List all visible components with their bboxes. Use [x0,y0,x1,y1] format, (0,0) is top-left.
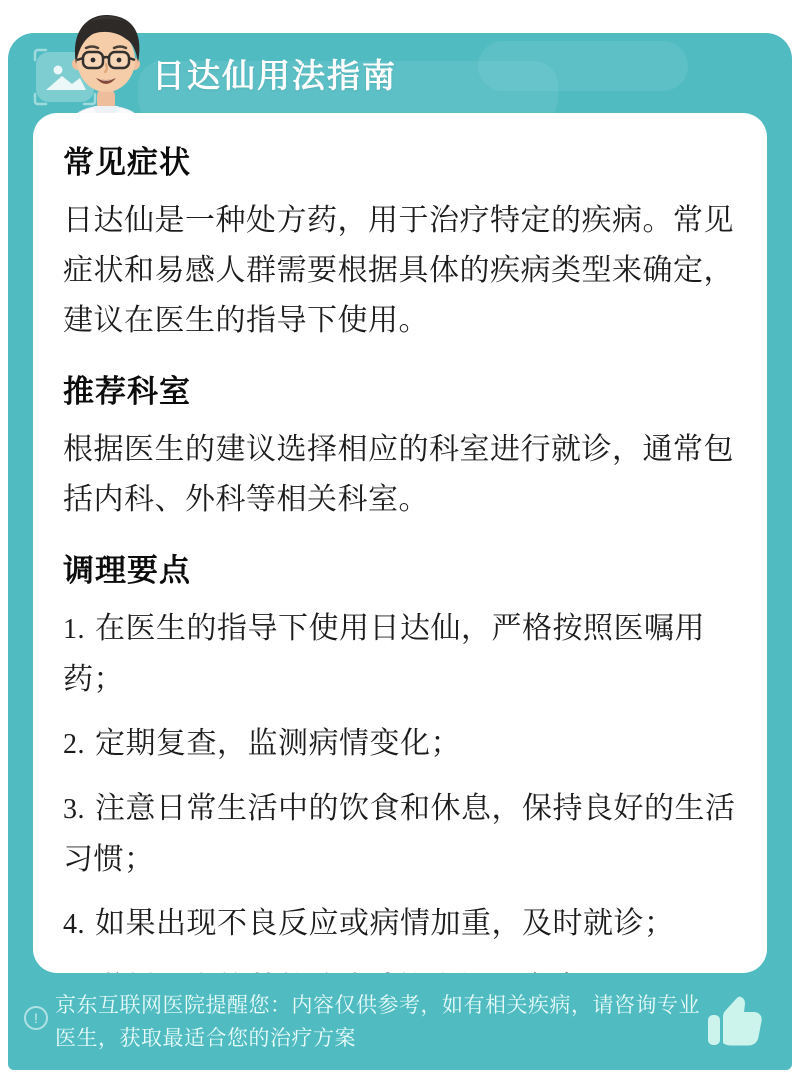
section-heading-recommended-department: 推荐科室 [63,366,737,411]
disclaimer-text: 京东互联网医院提醒您：内容仅供参考，如有相关疾病，请咨询专业医生，获取最适合您的… [55,989,713,1055]
care-point-item: 1.在医生的指导下使用日达仙，严格按照医嘱用药； [63,604,737,705]
header-decoration [478,41,688,91]
content-card: 常见症状 日达仙是一种处方药，用于治疗特定的疾病。常见症状和易感人群需要根据具体… [33,113,767,973]
care-point-item: 3.注意日常生活中的饮食和休息，保持良好的生活习惯； [63,784,737,885]
item-text: 注意日常生活中的饮食和休息，保持良好的生活习惯； [63,792,736,876]
page-title: 日达仙用法指南 [152,50,397,97]
item-number: 4. [63,909,85,940]
item-text: 定期复查，监测病情变化； [95,727,461,760]
item-number: 1. [63,614,85,645]
item-number: 3. [63,794,85,825]
paragraph-recommended-department: 根据医生的建议选择相应的科室进行就诊，通常包括内科、外科等相关科室。 [63,425,737,525]
teal-panel: 日达仙用法指南 常见症状 日达仙是一种处方药，用于治疗特定的疾病。常见症状和易感… [8,33,792,1070]
item-number: 2. [63,729,85,760]
thumbs-up-icon[interactable] [706,995,764,1049]
section-heading-common-symptoms: 常见症状 [63,137,737,182]
section-heading-care-points: 调理要点 [63,545,737,590]
care-point-item: 2.定期复查，监测病情变化； [63,719,737,770]
item-text: 如果出现不良反应或病情加重，及时就诊； [95,907,675,940]
care-point-item: 4.如果出现不良反应或病情加重，及时就诊； [63,899,737,950]
item-text: 在医生的指导下使用日达仙，严格按照医嘱用药； [63,612,705,696]
info-icon: ! [24,1006,48,1030]
info-mark: ! [34,1010,38,1026]
care-point-item: 5.遵循医生的其他治疗建议和调理方案。 [63,964,737,973]
item-text: 遵循医生的其他治疗建议和调理方案。 [95,972,614,973]
paragraph-common-symptoms: 日达仙是一种处方药，用于治疗特定的疾病。常见症状和易感人群需要根据具体的疾病类型… [63,196,737,346]
